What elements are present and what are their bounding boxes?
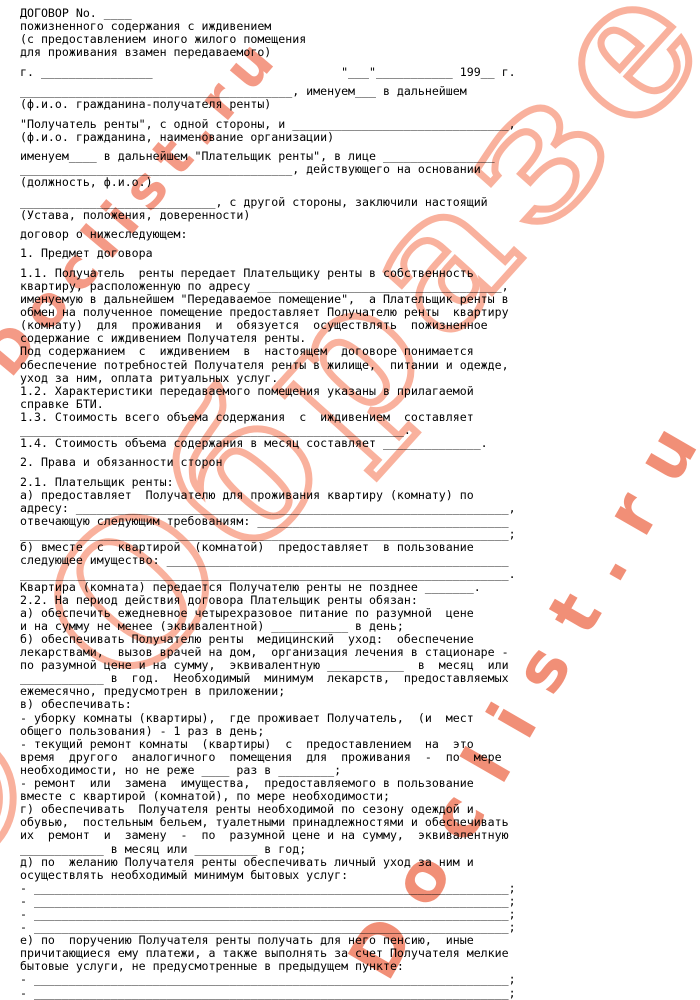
contract-text: ДОГОВОР No. ____пожизненного содержания … <box>20 7 516 1000</box>
contract-line: ________________________________________… <box>20 568 516 581</box>
contract-line: а) обеспечить ежедневное четырехразовое … <box>20 607 516 620</box>
contract-line: 1.4. Стоимость объема содержания в месяц… <box>20 437 516 450</box>
contract-line: 2. Права и обязанности сторон <box>20 456 516 469</box>
contract-line: 2.2. На период действия договора Платель… <box>20 594 516 607</box>
contract-line: в) обеспечивать: <box>20 698 516 711</box>
contract-line: 1. Предмет договора <box>20 247 516 260</box>
contract-line: - ______________________________________… <box>20 882 516 895</box>
contract-line: Квартира (комната) передается Получателю… <box>20 581 516 594</box>
contract-line: 2.1. Плательщик ренты: <box>20 476 516 489</box>
contract-line: г. ________________ "___"___________ 199… <box>20 66 516 79</box>
contract-line: обеспечение потребностей Получателя рент… <box>20 359 516 372</box>
contract-line: - уборку комнаты (квартиры), где прожива… <box>20 712 516 725</box>
contract-line: 1.2. Характеристики передаваемого помеще… <box>20 385 516 398</box>
contract-line: (ф.и.о. гражданина, наименование организ… <box>20 131 516 144</box>
contract-line: 1.1. Получатель ренты передает Плательщи… <box>20 267 516 280</box>
contract-line: справке БТИ. <box>20 398 516 411</box>
contract-line: (должность, ф.и.о.) <box>20 176 516 189</box>
contract-line: общего пользования) - 1 раз в день; <box>20 725 516 738</box>
contract-line: д) по желанию Получателя ренты обеспечив… <box>20 856 516 869</box>
contract-line: - ______________________________________… <box>20 973 516 986</box>
contract-line: договор о нижеследующем: <box>20 228 516 241</box>
contract-line: уход за ним, оплата ритуальных услуг. <box>20 372 516 385</box>
contract-line: следующее имущество: ___________________… <box>20 554 516 567</box>
contract-line: ____________ в месяц или _________ в год… <box>20 843 516 856</box>
document-page: © Образец Doclist.ru Doclist.ru ДОГОВОР … <box>0 0 700 1000</box>
contract-line: осуществлять необходимый минимум бытовых… <box>20 869 516 882</box>
contract-line: Под содержанием с иждивением в настоящем… <box>20 345 516 358</box>
contract-line: - текущий ремонт комнаты (квартиры) с пр… <box>20 738 516 751</box>
contract-line: их ремонт и замену - по разумной цене и … <box>20 829 516 842</box>
contract-line: (Устава, положения, доверенности) <box>20 209 516 222</box>
contract-line: - ______________________________________… <box>20 895 516 908</box>
contract-line: для проживания взамен передаваемого) <box>20 46 516 59</box>
contract-line: время другого аналогичного помещения для… <box>20 751 516 764</box>
contract-line: (ф.и.о. гражданина-получателя ренты) <box>20 98 516 111</box>
contract-line: - ______________________________________… <box>20 987 516 1000</box>
contract-line: "Получатель ренты", с одной стороны, и _… <box>20 118 516 131</box>
contract-line: ____________________________, с другой с… <box>20 196 516 209</box>
